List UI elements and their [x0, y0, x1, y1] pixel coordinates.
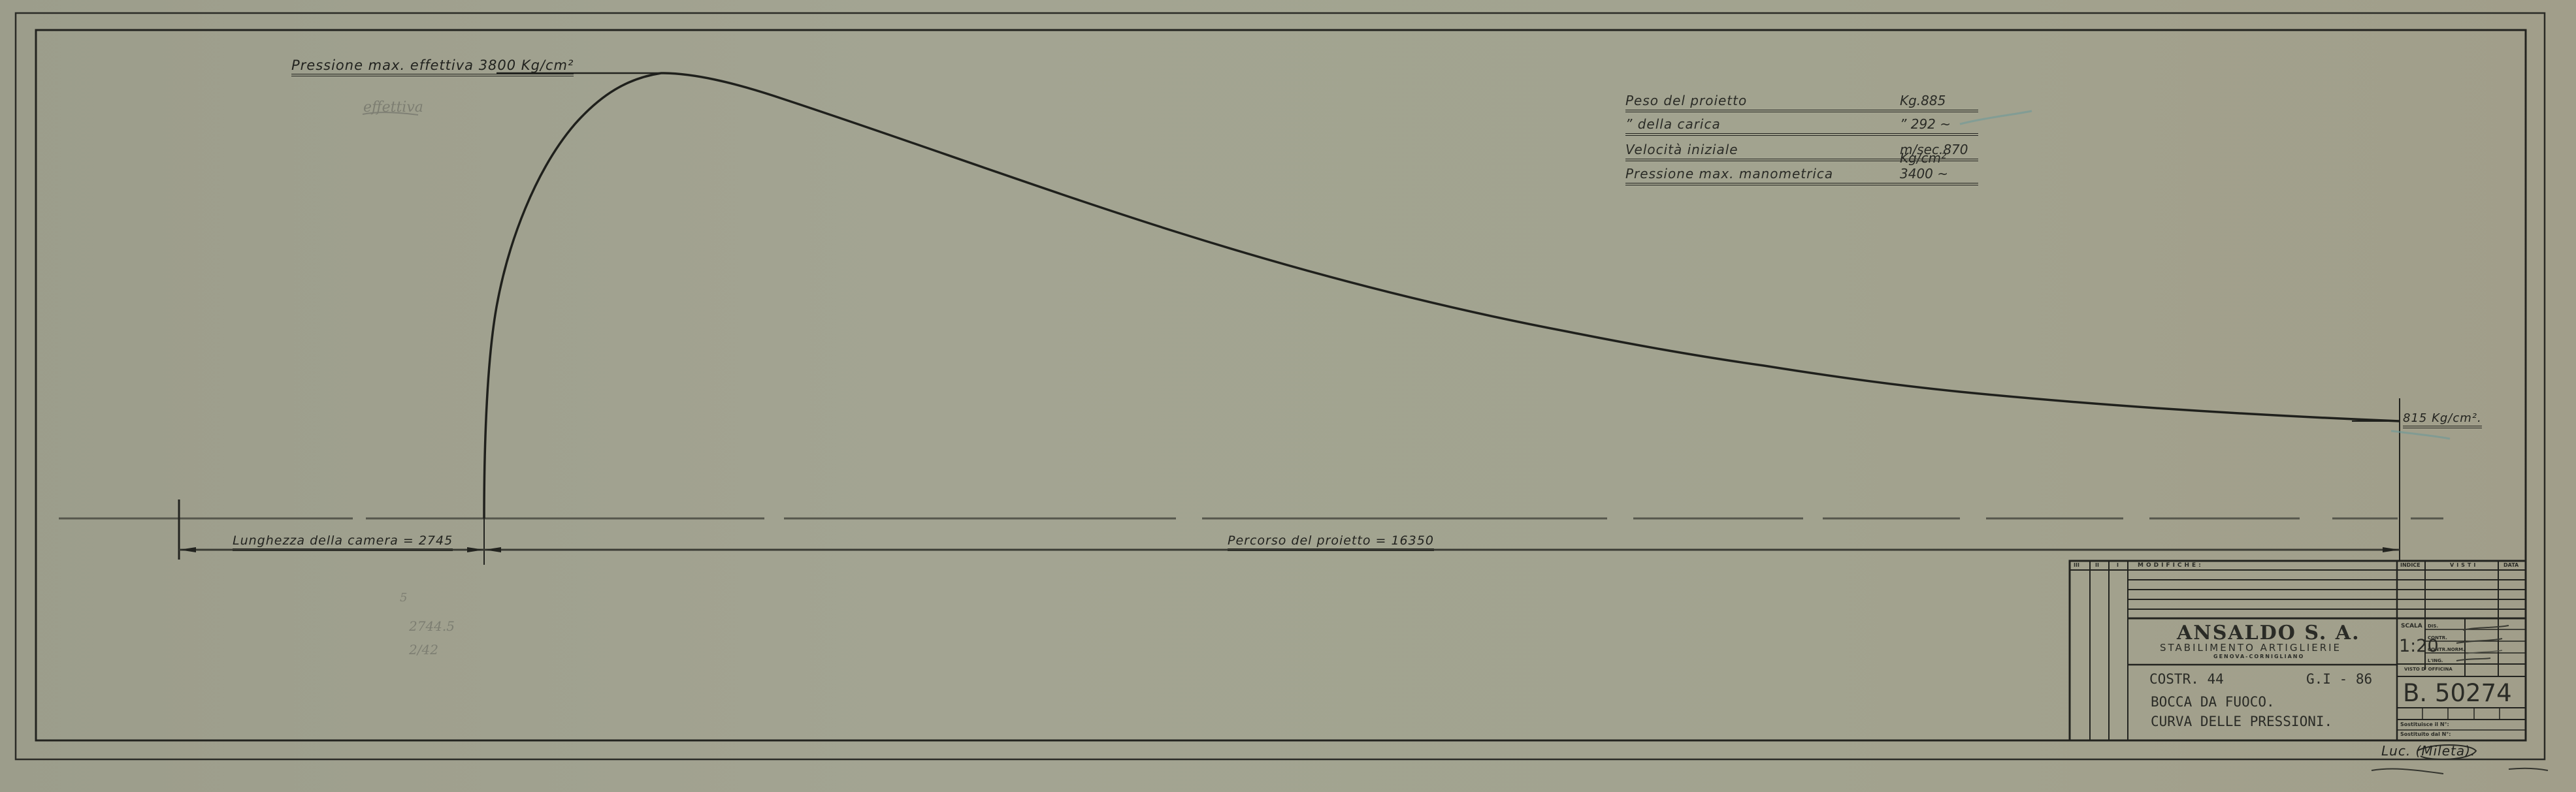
company-location: GENOVA-CORNIGLIANO [2213, 654, 2304, 659]
scala-label: SCALA [2401, 623, 2422, 629]
param-row: Peso del proietto Kg.885 [1625, 90, 1978, 112]
contr-norm-label: CONTR.NORM. [2428, 647, 2465, 652]
costr-label: COSTR. 44 [2149, 671, 2224, 687]
param-unit: ” 292 ~ [1900, 116, 1951, 132]
data-header: DATA [2503, 562, 2519, 568]
subject-line-2: CURVA DELLE PRESSIONI. [2151, 714, 2332, 729]
param-unit: Kg.885 [1900, 93, 1946, 108]
chamber-length-label: Lunghezza della camera = 2745 [233, 533, 453, 551]
param-label: Velocità iniziale [1625, 142, 1738, 157]
param-row: Pressione max. manometrica Kg/cm² 3400 ~ [1625, 163, 1978, 185]
drawing-number: B. 50274 [2403, 679, 2512, 707]
pencil-note-effettiva: effettiva [363, 99, 423, 116]
company-division: STABILIMENTO ARTIGLIERIE [2160, 642, 2341, 654]
visti-header: VISTI [2450, 562, 2478, 568]
pressure-curve [484, 73, 2400, 518]
projectile-travel-label: Percorso del proietto = 16350 [1228, 533, 1434, 551]
param-label: ” della carica [1625, 116, 1721, 132]
param-label: Peso del proietto [1625, 93, 1747, 108]
pencil-calc: 5 [400, 591, 407, 605]
ing-label: L'ING. [2428, 658, 2443, 663]
sostituito-label: Sostituito dal N°: [2400, 731, 2451, 737]
visto-officina-label: VISTO D' OFFICINA [2404, 667, 2453, 672]
param-label: Pressione max. manometrica [1625, 166, 1833, 182]
sostituisce-label: Sostituisce il N°: [2400, 721, 2449, 727]
signature-text: Luc. (Mileta). [2381, 743, 2475, 759]
drawing-sheet: Pressione max. effettiva 3800 Kg/cm² eff… [0, 0, 2576, 792]
pencil-calc: 2744.5 [409, 618, 455, 634]
muzzle-pressure-label: 815 Kg/cm². [2403, 411, 2482, 428]
mod-col-iii: III [2074, 562, 2079, 568]
mod-col-i: I [2117, 562, 2119, 568]
modifiche-header: MODIFICHE: [2138, 562, 2204, 569]
dis-label: DIS. [2428, 624, 2438, 629]
contr-label: CONTR. [2428, 635, 2447, 641]
peak-pressure-label: Pressione max. effettiva 3800 Kg/cm² [291, 57, 574, 76]
pencil-calc: 2/42 [409, 642, 438, 657]
indice-header: INDICE [2400, 562, 2421, 568]
param-row: ” della carica ” 292 ~ [1625, 114, 1978, 136]
mod-col-ii: II [2095, 562, 2099, 568]
drawing-code: G.I - 86 [2306, 671, 2372, 687]
company-name: ANSALDO S. A. [2177, 622, 2360, 644]
subject-line-1: BOCCA DA FUOCO. [2151, 694, 2275, 710]
param-unit: Kg/cm² 3400 ~ [1900, 150, 1978, 182]
